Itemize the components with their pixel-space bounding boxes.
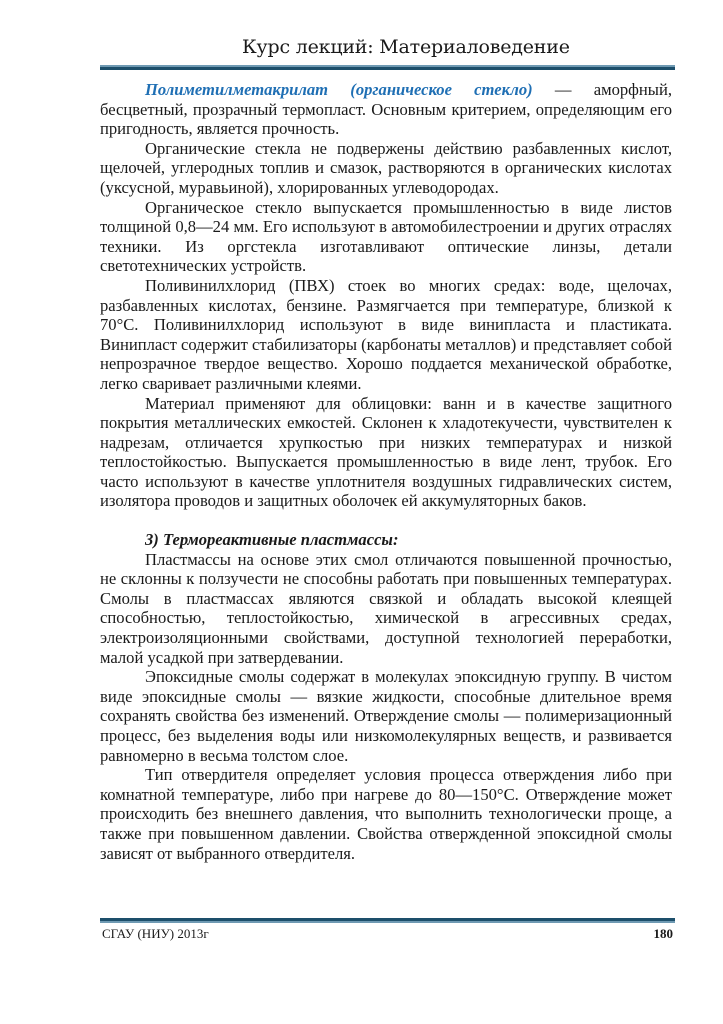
paragraph-epoxy-resins: Эпоксидные смолы содержат в молекулах эп…: [100, 667, 672, 765]
page-content: Полиметилметакрилат (органическое стекло…: [100, 80, 672, 863]
footer-divider-light: [100, 921, 675, 923]
term-pmma: Полиметилметакрилат (органическое стекло…: [145, 80, 533, 99]
paragraph-hardener: Тип отвердителя определяет условия проце…: [100, 765, 672, 863]
paragraph-thermoset-properties: Пластмассы на основе этих смол отличаютс…: [100, 550, 672, 668]
footer-divider: [100, 918, 675, 923]
section-heading-thermosets: 3) Термореактивные пластмассы:: [100, 530, 672, 550]
header-divider: [100, 65, 675, 70]
page-header: Курс лекций: Материаловедение: [100, 33, 675, 71]
paragraph-pvc-applications: Материал применяют для облицовки: ванн и…: [100, 394, 672, 512]
footer-institution: СГАУ (НИУ) 2013г: [102, 926, 209, 942]
page-footer: СГАУ (НИУ) 2013г 180: [100, 918, 675, 948]
document-title: Курс лекций: Материаловедение: [242, 36, 570, 58]
paragraph-pmma: Полиметилметакрилат (органическое стекло…: [100, 80, 672, 139]
paragraph-organic-glass-resistance: Органические стекла не подвержены действ…: [100, 139, 672, 198]
paragraph-organic-glass-production: Органическое стекло выпускается промышле…: [100, 198, 672, 276]
paragraph-pvc: Поливинилхлорид (ПВХ) стоек во многих ср…: [100, 276, 672, 394]
page-number: 180: [654, 926, 674, 942]
header-divider-dark: [100, 67, 675, 70]
